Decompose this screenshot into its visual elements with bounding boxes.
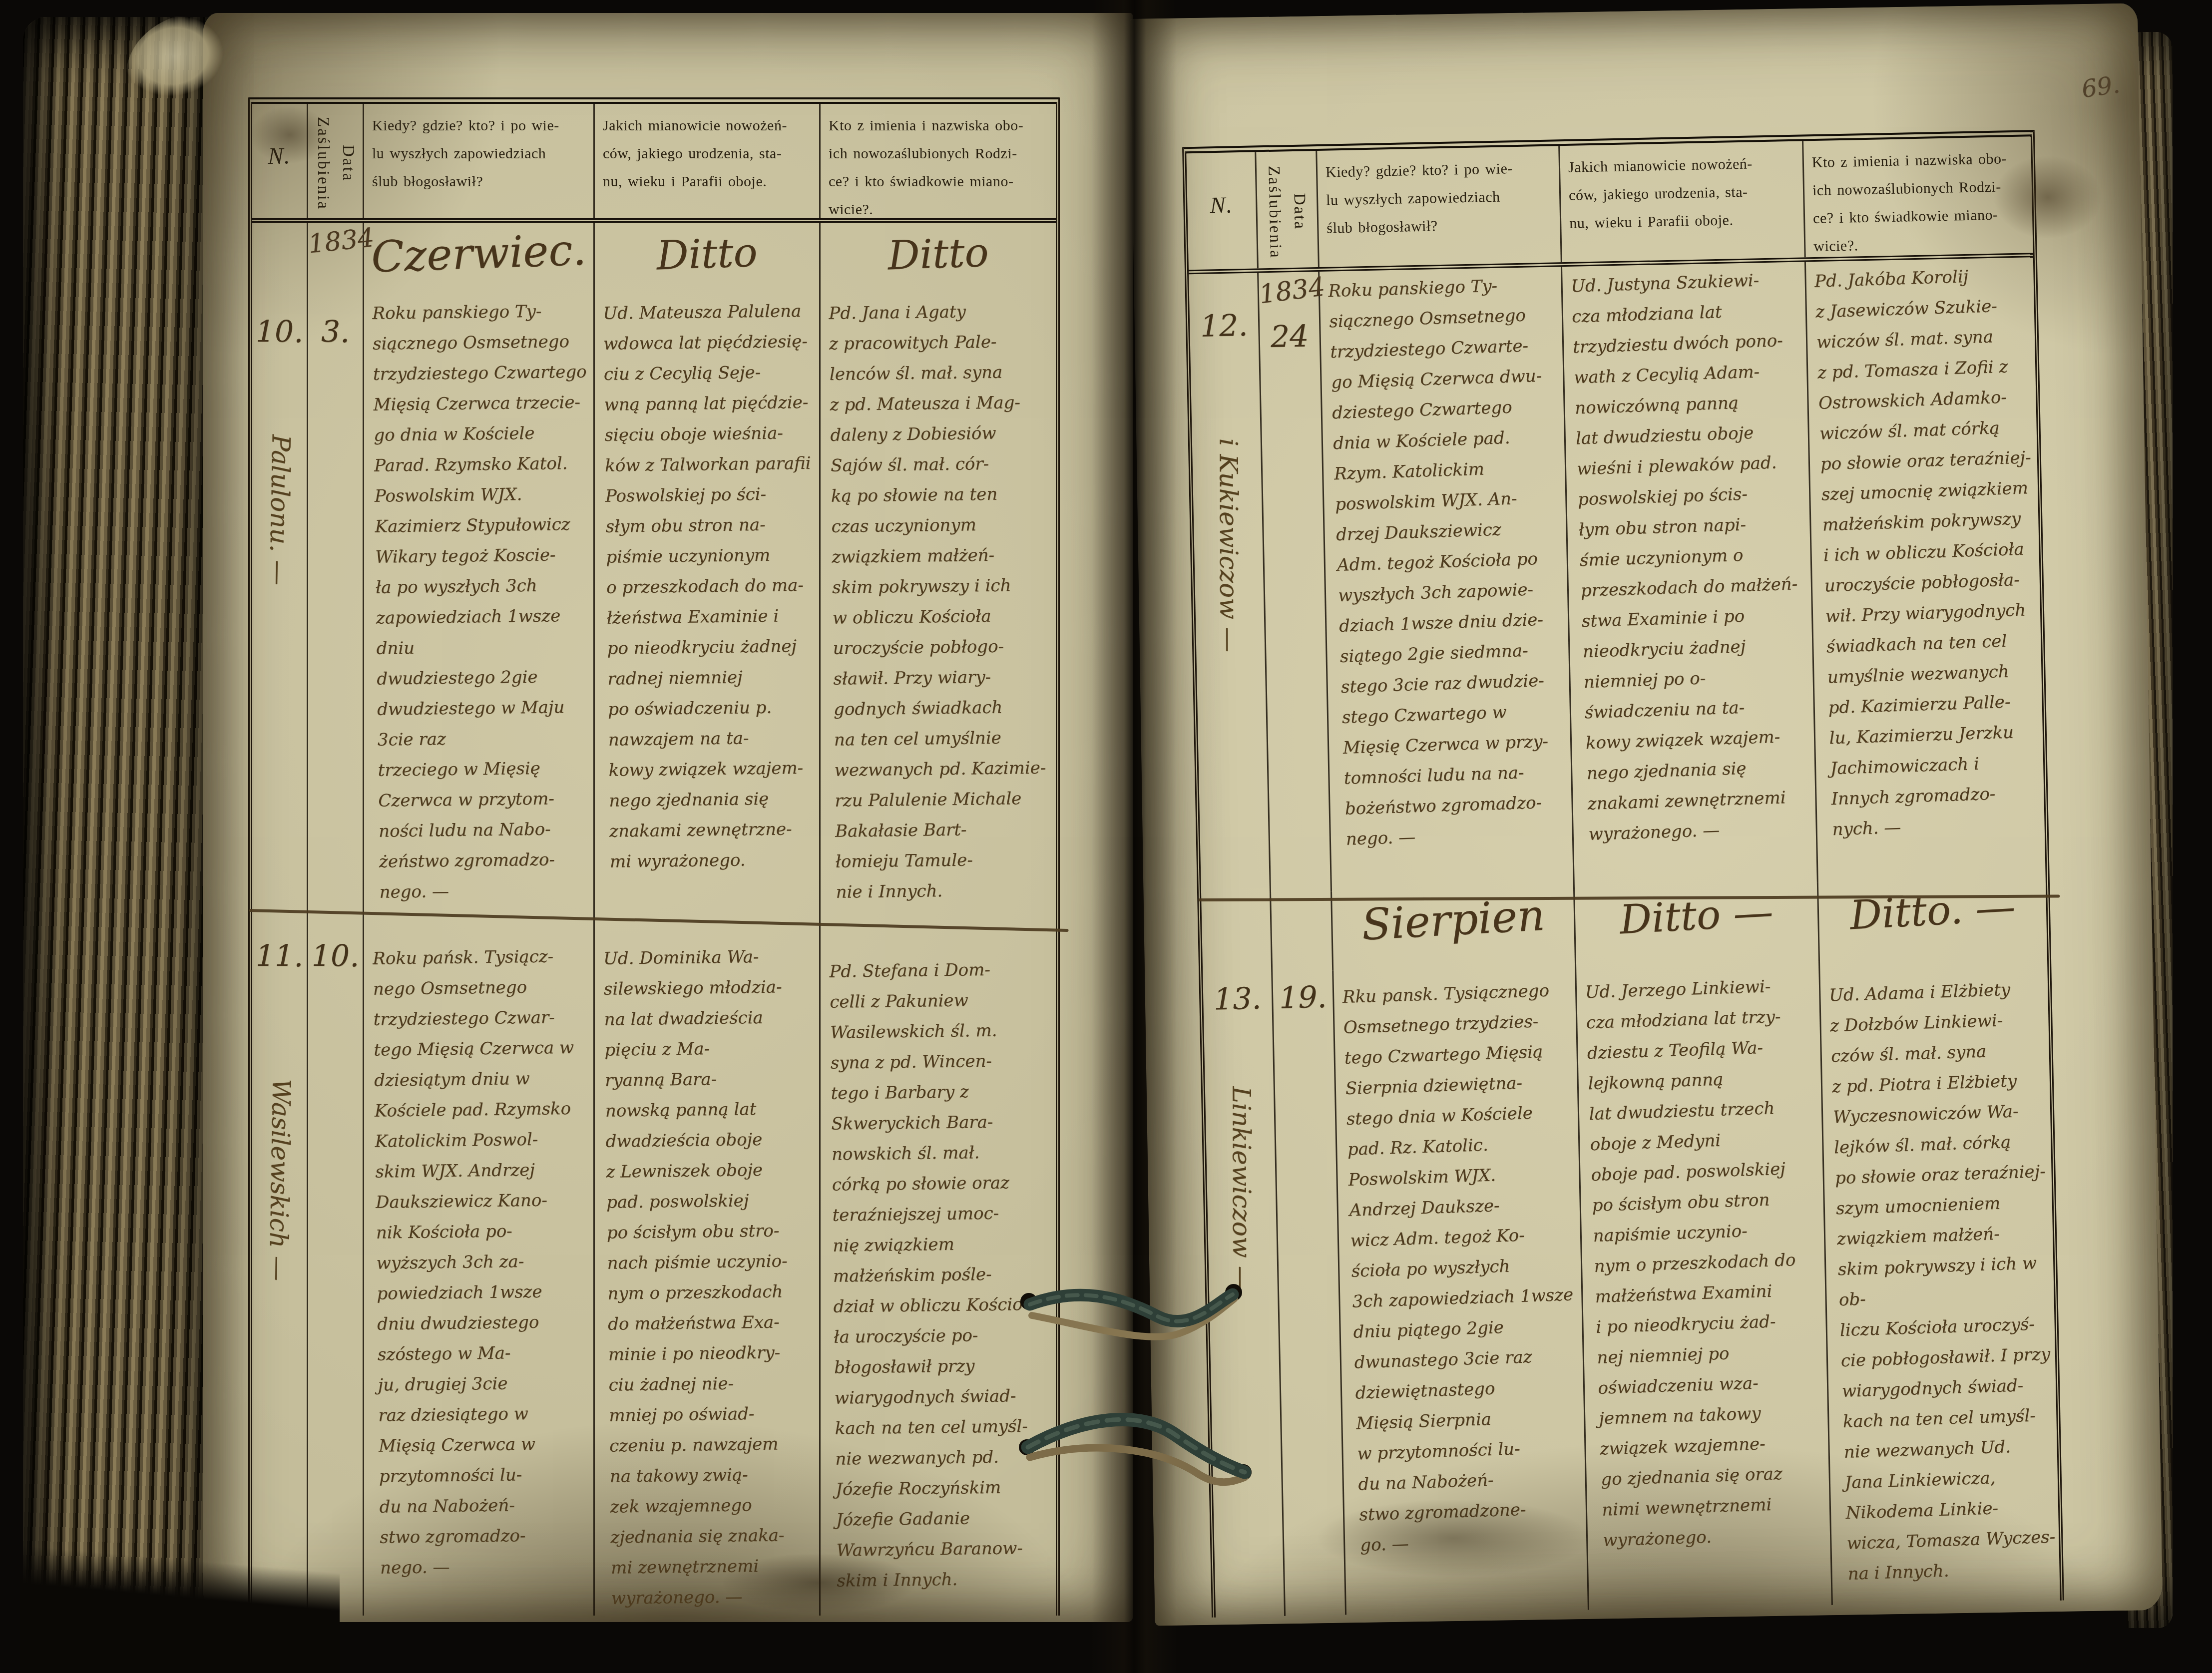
entry-day: 10. [308, 939, 363, 974]
entry-when-cell: Roku pańsk. Tysiącz- nego Osmsetnego trz… [364, 909, 595, 1616]
entry-when-text: Roku panskiego Ty- siącznego Osmsetnego … [364, 291, 601, 908]
margin-surname: i Kukiewiczow — [1214, 438, 1243, 652]
entry-parents-cell: Pd. Jana i Agaty z pracowitych Pale- len… [821, 294, 1056, 909]
header-cell-date: Data Zaślubienia [308, 104, 364, 218]
entry-who-cell: Ud. Dominika Wa- silewskiego młodzia- na… [595, 909, 821, 1616]
entry-who-text: Ud. Justyna Szukiewi- cza młodziana lat … [1562, 259, 1823, 850]
month-row-date-cell: 1834 [308, 223, 364, 294]
register-entry: 10. Palulonu. — 3. Roku panskiego Ty- si… [252, 294, 1056, 909]
entry-who-cell: Ud. Mateusza Palulena wdowca lat pięćdzi… [595, 294, 821, 909]
header-cell-when: Kiedy? gdzie? kto? i po wie- lu wyszłych… [364, 104, 595, 218]
header-cell-when: Kiedy? gdzie? kto? i po wie- lu wyszłych… [1317, 146, 1562, 267]
date-column-label: Data Zaślubienia [311, 111, 361, 216]
entry-number: 12. [1190, 308, 1259, 344]
entry-parents-cell: Pd. Stefana i Dom- celli z Pakuniew Wasi… [821, 909, 1056, 1616]
right-page: N. Data Zaślubienia Kiedy? gdzie? kto? i… [1130, 3, 2163, 1626]
entry-number-cell: 13. Linkiewiczow — [1203, 972, 1286, 1618]
bottom-left-shadow [20, 1528, 340, 1673]
year-annotation: 1834 [307, 224, 364, 259]
entry-who-cell: Ud. Justyna Szukiewi- cza młodziana lat … [1562, 262, 1818, 887]
year-annotation: 1834 [1258, 273, 1321, 310]
entry-parents-cell: Pd. Jakóba Korolij z Jasewiczów Szukie- … [1806, 257, 2046, 882]
month-row-n-cell [1201, 893, 1273, 973]
header-cell-n: N. [252, 104, 308, 218]
header-cell-who: Jakich mianowicie nowożeń- ców, jakiego … [1560, 141, 1806, 262]
entry-parents-text: Pd. Jana i Agaty z pracowitych Pale- len… [821, 291, 1063, 908]
entry-number: 10. [252, 315, 307, 350]
margin-surname: Wasilewskich — [263, 1079, 296, 1281]
entry-when-cell: Roku panskiego Ty- siącznego Osmsetnego … [1320, 267, 1575, 892]
register-entry: 12. i Kukiewiczow — 1834 24 Roku panskie… [1189, 257, 2046, 894]
entry-day: 3. [308, 315, 363, 350]
entry-parents-text: Ud. Adama i Elżbiety z Dołzbów Linkiewi-… [1820, 953, 2067, 1590]
entry-number-cell: 11. Wasilewskich — [252, 909, 308, 1616]
entry-number-cell: 10. Palulonu. — [252, 294, 308, 909]
margin-surname: Linkiewiczow — [1227, 1086, 1256, 1290]
month-row-parents-cell: Ditto. — [1818, 877, 2047, 961]
header-cell-parents: Kto z imienia i nazwiska obo- ich nowoza… [821, 104, 1056, 218]
entry-day: 19. [1273, 980, 1333, 1016]
entry-number-cell: 12. i Kukiewiczow — [1189, 273, 1271, 894]
n-column-label: N. [252, 143, 307, 169]
left-page-stack-edge [23, 17, 210, 1646]
ditto-mark: Ditto — [1574, 886, 1818, 946]
month-row-who-cell: Ditto [595, 223, 821, 294]
entry-day: 24 [1260, 319, 1320, 355]
month-heading: Czerwiec. [363, 225, 594, 283]
header-cell-who: Jakich mianowicie nowożeń- ców, jakiego … [595, 104, 821, 218]
entry-parents-cell: Ud. Adama i Elżbiety z Dołzbów Linkiewi-… [1820, 956, 2060, 1605]
date-column-label: Data Zaślubienia [1261, 158, 1313, 266]
entry-who-cell: Ud. Jerzego Linkiewi- cza młodziana lat … [1576, 961, 1833, 1610]
left-table-header: N. Data Zaślubienia Kiedy? gdzie? kto? i… [252, 104, 1056, 223]
ditto-mark: Ditto [594, 227, 820, 281]
when-column-label: Kiedy? gdzie? kto? i po wie- lu wyszłych… [364, 104, 593, 196]
entry-when-text: Roku pańsk. Tysiącz- nego Osmsetnego trz… [364, 906, 601, 1584]
parents-column-label: Kto z imienia i nazwiska obo- ich nowoza… [1803, 136, 2033, 261]
header-cell-n: N. [1186, 152, 1259, 270]
month-row-date-cell [1271, 892, 1333, 972]
register-entry: 13. Linkiewiczow — 19. Rku pansk. Tysiąc… [1203, 956, 2060, 1618]
parents-column-label: Kto z imienia i nazwiska obo- ich nowoza… [821, 104, 1056, 224]
entry-parents-text: Pd. Jakóba Korolij z Jasewiczów Szukie- … [1806, 255, 2052, 845]
entry-who-text: Ud. Jerzego Linkiewi- cza młodziana lat … [1576, 958, 1837, 1556]
entry-when-text: Roku panskiego Ty- siącznego Osmsetnego … [1320, 264, 1579, 855]
register-book-photo: N. Data Zaślubienia Kiedy? gdzie? kto? i… [0, 0, 2212, 1673]
ditto-mark: Ditto. — [1818, 881, 2047, 940]
header-cell-date: Data Zaślubienia [1256, 151, 1320, 268]
entry-date-cell: 3. [308, 294, 364, 909]
ditto-mark: Ditto [820, 227, 1057, 281]
entry-number: 13. [1203, 981, 1272, 1017]
entry-when-text: Rku pansk. Tysiącznego Osmsetnego trzydz… [1333, 963, 1594, 1561]
month-row-parents-cell: Ditto [821, 223, 1056, 294]
when-column-label: Kiedy? gdzie? kto? i po wie- lu wyszłych… [1317, 146, 1560, 243]
entry-number: 11. [252, 939, 307, 974]
entry-who-text: Ud. Dominika Wa- silewskiego młodzia- na… [595, 906, 828, 1614]
page-number: 69. [2080, 70, 2121, 103]
month-row-n-cell [252, 223, 308, 294]
entry-when-cell: Roku panskiego Ty- siącznego Osmsetnego … [364, 294, 595, 909]
header-cell-parents: Kto z imienia i nazwiska obo- ich nowoza… [1803, 136, 2033, 257]
register-entry: 11. Wasilewskich — 10. Roku pańsk. Tysią… [252, 909, 1056, 1616]
margin-surname: Palulonu. — [264, 434, 295, 586]
entry-date-cell: 10. [308, 909, 364, 1616]
left-register-table: N. Data Zaślubienia Kiedy? gdzie? kto? i… [248, 97, 1060, 1616]
entry-who-text: Ud. Mateusza Palulena wdowca lat pięćdzi… [595, 291, 826, 877]
n-column-label: N. [1187, 191, 1256, 219]
right-table-header: N. Data Zaślubienia Kiedy? gdzie? kto? i… [1186, 136, 2033, 274]
month-row-when-cell: Czerwiec. [364, 223, 595, 294]
entry-when-cell: Rku pansk. Tysiącznego Osmsetnego trzydz… [1333, 966, 1589, 1615]
right-register-table: N. Data Zaślubienia Kiedy? gdzie? kto? i… [1182, 130, 2064, 1618]
entry-parents-text: Pd. Stefana i Dom- celli z Pakuniew Wasi… [821, 906, 1064, 1597]
month-row-who-cell: Ditto — [1575, 882, 1820, 966]
left-page: N. Data Zaślubienia Kiedy? gdzie? kto? i… [203, 13, 1133, 1622]
who-column-label: Jakich mianowicie nowożeń- ców, jakiego … [595, 104, 819, 196]
left-month-row: 1834 Czerwiec. Ditto Ditto [252, 223, 1056, 294]
who-column-label: Jakich mianowicie nowożeń- ców, jakiego … [1560, 141, 1804, 238]
